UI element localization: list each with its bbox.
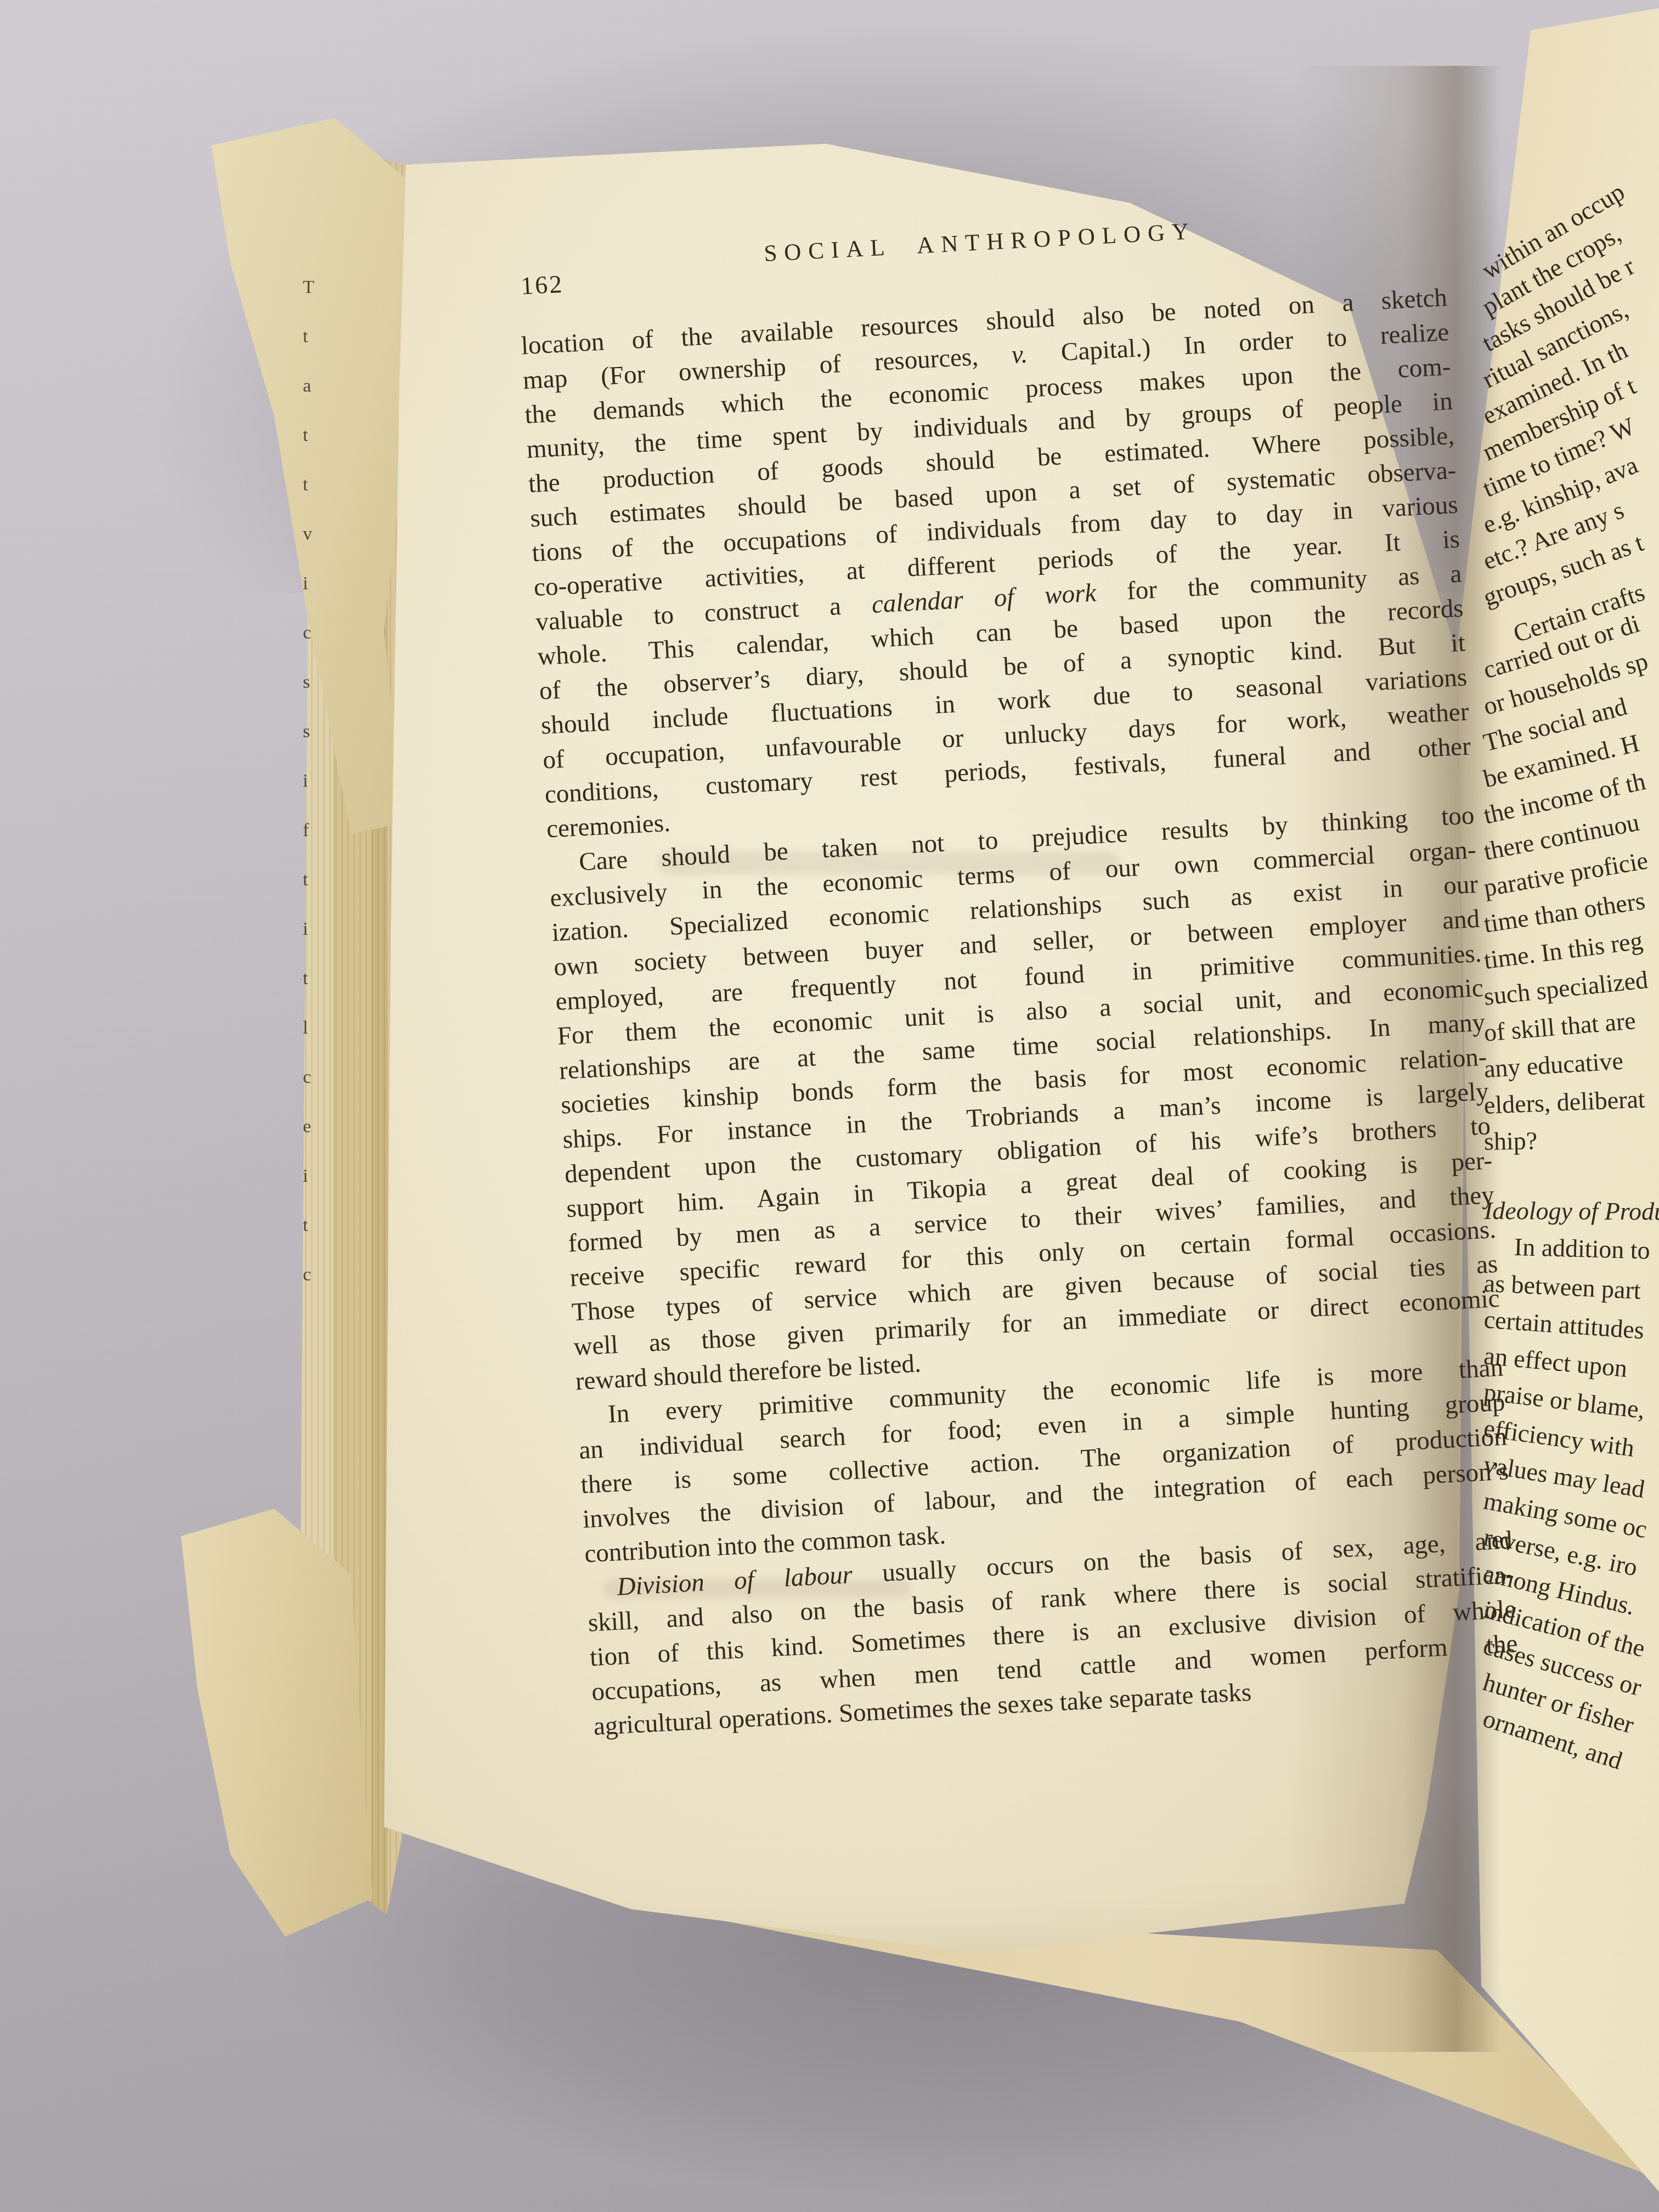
left-page-content: 162 SOCIAL ANTHROPOLOGY location of the … (516, 193, 1520, 1745)
fore-edge-letter: a (303, 376, 311, 397)
fore-edge-letter: t (303, 1215, 308, 1236)
fore-edge-letter: i (303, 1166, 308, 1187)
fore-edge-letter: v (303, 524, 312, 545)
paragraph: Care should be taken not to prejudice re… (548, 798, 1502, 1399)
fore-edge-letter: c (303, 623, 311, 644)
fore-edge-letter: t (303, 425, 308, 446)
italic-text: v. (1011, 340, 1029, 369)
section-heading-partial: Ideology of Produ (1484, 1196, 1659, 1226)
fore-edge-letter: i (303, 573, 308, 594)
fore-edge-letter: c (303, 1265, 311, 1285)
fore-edge-letter: t (303, 870, 308, 890)
fore-edge-letter: i (303, 919, 308, 940)
fore-edge-letter: l (303, 1018, 308, 1039)
fore-edge-letter: i (303, 771, 308, 792)
fore-edge-letter: e (303, 1116, 311, 1137)
fore-edge-letter: t (303, 475, 308, 495)
paragraph: location of the available resources shou… (520, 280, 1473, 847)
photo-of-open-book: Ttattvicssiftitlceitc 162 SOCIAL ANTHROP… (0, 0, 1659, 2212)
fore-edge-letter: f (303, 820, 309, 841)
fore-edge-letter: s (303, 672, 310, 693)
fore-edge-letter: s (303, 721, 310, 742)
text-segment: ceremonies. (546, 809, 671, 844)
text-line-partial: In addition to (1514, 1232, 1650, 1265)
text-line-partial: ship? (1484, 1126, 1538, 1156)
fore-edge-letter: c (303, 1067, 311, 1088)
left-page-body: location of the available resources shou… (520, 280, 1520, 1744)
fore-edge-letter: t (303, 968, 308, 989)
fore-edge-letter: T (303, 277, 314, 298)
fore-edge-letter: t (303, 326, 308, 347)
